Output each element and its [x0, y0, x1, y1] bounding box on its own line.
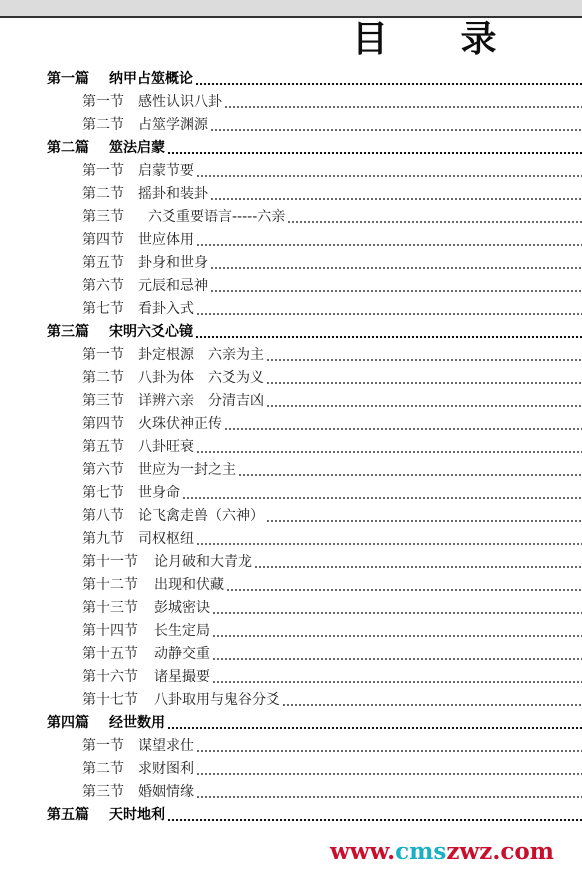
toc-label: 卦身和世身	[138, 252, 208, 275]
toc-label: 出现和伏藏	[154, 574, 224, 597]
toc-label: 卦定根源 六亲为主	[138, 344, 264, 367]
toc-number: 第一节	[82, 91, 138, 114]
toc-section-row[interactable]: 第二节求财图利	[0, 758, 582, 781]
dot-leader	[212, 635, 582, 637]
toc-section-row[interactable]: 第七节世身命	[0, 482, 582, 505]
toc-label: 宋明六爻心镜	[109, 321, 193, 344]
dot-leader	[266, 382, 582, 384]
dot-leader	[287, 221, 582, 223]
toc-section-row[interactable]: 第十一节论月破和大青龙	[0, 551, 582, 574]
toc-number: 第十六节	[82, 666, 154, 689]
toc-section-row[interactable]: 第七节看卦入式	[0, 298, 582, 321]
toc-number: 第四篇	[47, 712, 109, 735]
toc-section-row[interactable]: 第三节婚姻情缘	[0, 781, 582, 804]
toc-label: 经世数用	[109, 712, 165, 735]
toc-label: 摇卦和装卦	[138, 183, 208, 206]
toc-number: 第二节	[82, 758, 138, 781]
toc-section-row[interactable]: 第十三节彭城密诀	[0, 597, 582, 620]
dot-leader	[196, 175, 582, 177]
dot-leader	[282, 704, 582, 706]
toc-section-row[interactable]: 第二节八卦为体 六爻为义	[0, 367, 582, 390]
dot-leader	[212, 612, 582, 614]
toc-label: 筮法启蒙	[109, 137, 165, 160]
toc-section-row[interactable]: 第十六节诸星撮要	[0, 666, 582, 689]
dot-leader	[266, 405, 582, 407]
toc-label: 世身命	[138, 482, 180, 505]
dot-leader	[212, 658, 582, 660]
page-title: 目 录	[352, 18, 482, 62]
toc-section-row[interactable]: 第四节世应体用	[0, 229, 582, 252]
dot-leader	[210, 290, 582, 292]
toc-label: 论月破和大青龙	[154, 551, 252, 574]
toc-section-row[interactable]: 第四节火珠伏神正传	[0, 413, 582, 436]
toc-number: 第十四节	[82, 620, 154, 643]
watermark-suffix: .com	[492, 838, 554, 865]
toc-label: 诸星撮要	[154, 666, 210, 689]
toc-label: 谋望求仕	[138, 735, 194, 758]
toc-section-row[interactable]: 第十五节动静交重	[0, 643, 582, 666]
toc-label: 纳甲占筮概论	[109, 68, 193, 91]
dot-leader	[195, 83, 582, 85]
toc-number: 第十一节	[82, 551, 154, 574]
toc-section-row[interactable]: 第一节卦定根源 六亲为主	[0, 344, 582, 367]
dot-leader	[226, 589, 582, 591]
toc-chapter-row[interactable]: 第二篇筮法启蒙	[0, 137, 582, 160]
toc-label: 世应为一封之主	[138, 459, 236, 482]
toc-section-row[interactable]: 第五节八卦旺衰	[0, 436, 582, 459]
toc-number: 第四节	[82, 413, 138, 436]
toc-number: 第三节	[82, 390, 138, 413]
site-watermark: www.cmszwz.com	[330, 838, 554, 865]
toc-number: 第二节	[82, 114, 138, 137]
toc-number: 第二篇	[47, 137, 109, 160]
dot-leader	[182, 497, 582, 499]
watermark-brand: cms	[395, 838, 446, 865]
toc-number: 第十三节	[82, 597, 154, 620]
dot-leader	[196, 313, 582, 315]
toc-number: 第二节	[82, 367, 138, 390]
dot-leader	[196, 451, 582, 453]
toc-section-row[interactable]: 第六节世应为一封之主	[0, 459, 582, 482]
toc-number: 第三篇	[47, 321, 109, 344]
dot-leader	[224, 428, 582, 430]
toc-section-row[interactable]: 第十七节八卦取用与鬼谷分爻	[0, 689, 582, 712]
toc-section-row[interactable]: 第八节论飞禽走兽（六神）	[0, 505, 582, 528]
watermark-middle: zwz	[446, 838, 492, 865]
toc-label: 求财图利	[138, 758, 194, 781]
toc-number: 第五节	[82, 436, 138, 459]
toc-number: 第五节	[82, 252, 138, 275]
dot-leader	[210, 267, 582, 269]
top-bar	[0, 0, 582, 18]
toc-number: 第三节	[82, 781, 138, 804]
toc-label: 婚姻情缘	[138, 781, 194, 804]
toc-number: 第一节	[82, 160, 138, 183]
toc-label: 彭城密诀	[154, 597, 210, 620]
toc-section-row[interactable]: 第一节谋望求仕	[0, 735, 582, 758]
toc-number: 第一节	[82, 735, 138, 758]
toc-section-row[interactable]: 第二节摇卦和装卦	[0, 183, 582, 206]
dot-leader	[212, 681, 582, 683]
toc-number: 第一篇	[47, 68, 109, 91]
toc-number: 第三节	[82, 206, 138, 229]
toc-label: 动静交重	[154, 643, 210, 666]
toc-section-row[interactable]: 第三节六爻重要语言-----六亲	[0, 206, 582, 229]
toc-label: 长生定局	[154, 620, 210, 643]
toc-label: 元辰和忌神	[138, 275, 208, 298]
toc-number: 第七节	[82, 298, 138, 321]
toc-section-row[interactable]: 第九节司权枢纽	[0, 528, 582, 551]
toc-label: 火珠伏神正传	[138, 413, 222, 436]
toc-number: 第四节	[82, 229, 138, 252]
toc-label: 八卦取用与鬼谷分爻	[154, 689, 280, 712]
toc-number: 第十二节	[82, 574, 154, 597]
toc-label: 八卦为体 六爻为义	[138, 367, 264, 390]
dot-leader	[167, 152, 582, 154]
toc-chapter-row[interactable]: 第四篇经世数用	[0, 712, 582, 735]
toc-label: 占筮学渊源	[138, 114, 208, 137]
dot-leader	[238, 474, 582, 476]
toc-chapter-row[interactable]: 第三篇宋明六爻心镜	[0, 321, 582, 344]
toc-number: 第十七节	[82, 689, 154, 712]
toc-label: 司权枢纽	[138, 528, 194, 551]
dot-leader	[167, 819, 582, 821]
dot-leader	[224, 106, 582, 108]
toc-number: 第六节	[82, 459, 138, 482]
dot-leader	[210, 198, 582, 200]
toc-chapter-row[interactable]: 第一篇纳甲占筮概论	[0, 68, 582, 91]
toc-section-row[interactable]: 第十二节出现和伏藏	[0, 574, 582, 597]
toc-label: 看卦入式	[138, 298, 194, 321]
toc-number: 第二节	[82, 183, 138, 206]
toc-number: 第八节	[82, 505, 138, 528]
dot-leader	[266, 520, 582, 522]
toc-section-row[interactable]: 第一节启蒙节要	[0, 160, 582, 183]
dot-leader	[195, 336, 582, 338]
toc-label: 启蒙节要	[138, 160, 194, 183]
toc-number: 第六节	[82, 275, 138, 298]
toc-label: 详辨六亲 分清吉凶	[138, 390, 264, 413]
toc-section-row[interactable]: 第一节感性认识八卦	[0, 91, 582, 114]
toc-label: 感性认识八卦	[138, 91, 222, 114]
dot-leader	[196, 244, 582, 246]
toc-number: 第一节	[82, 344, 138, 367]
toc-label: 六爻重要语言-----六亲	[138, 206, 285, 229]
toc-section-row[interactable]: 第五节卦身和世身	[0, 252, 582, 275]
toc-section-row[interactable]: 第三节详辨六亲 分清吉凶	[0, 390, 582, 413]
dot-leader	[196, 796, 582, 798]
toc-chapter-row[interactable]: 第五篇天时地利	[0, 804, 582, 827]
dot-leader	[266, 359, 582, 361]
toc-number: 第九节	[82, 528, 138, 551]
toc-label: 论飞禽走兽（六神）	[138, 505, 264, 528]
dot-leader	[167, 727, 582, 729]
toc-label: 天时地利	[109, 804, 165, 827]
toc-section-row[interactable]: 第六节元辰和忌神	[0, 275, 582, 298]
dot-leader	[196, 750, 582, 752]
dot-leader	[254, 566, 582, 568]
dot-leader	[196, 773, 582, 775]
toc-section-row[interactable]: 第二节占筮学渊源	[0, 114, 582, 137]
toc-number: 第七节	[82, 482, 138, 505]
toc-number: 第五篇	[47, 804, 109, 827]
table-of-contents: 第一篇纳甲占筮概论 第一节感性认识八卦 第二节占筮学渊源 第二篇筮法启蒙 第一节…	[0, 68, 582, 827]
dot-leader	[196, 543, 582, 545]
toc-number: 第十五节	[82, 643, 154, 666]
toc-label: 八卦旺衰	[138, 436, 194, 459]
watermark-prefix: www.	[330, 838, 395, 865]
toc-section-row[interactable]: 第十四节长生定局	[0, 620, 582, 643]
toc-label: 世应体用	[138, 229, 194, 252]
dot-leader	[210, 129, 582, 131]
